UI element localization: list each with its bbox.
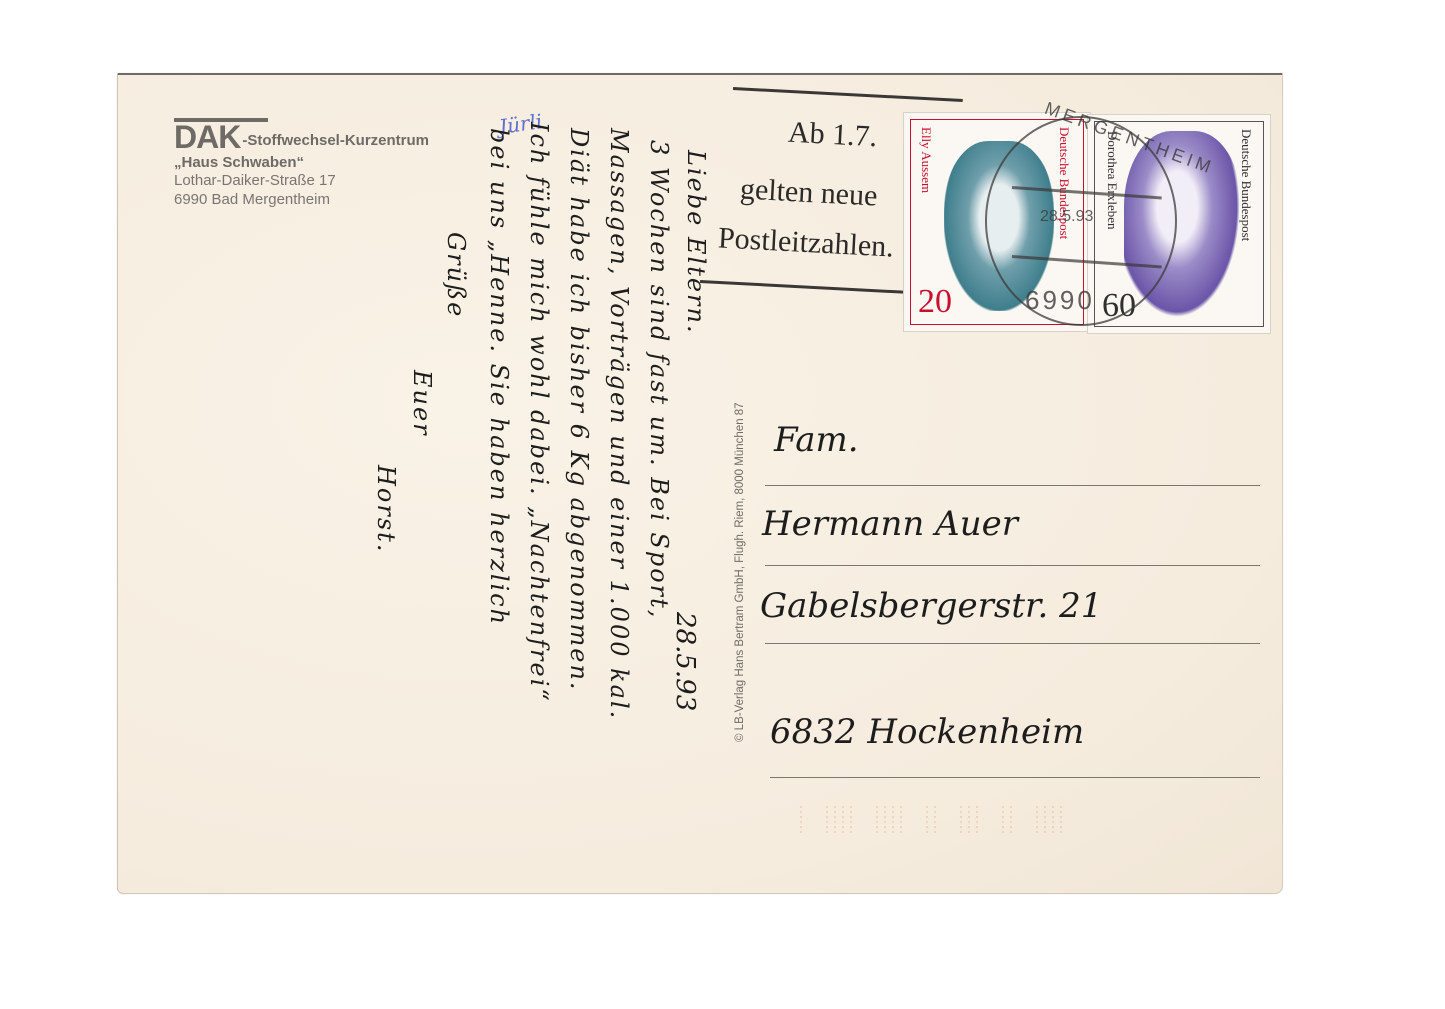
sender-street: Lothar-Daiker-Straße 17 <box>174 171 429 190</box>
recipient-line-3: Gabelsbergerstr. 21 <box>760 586 1102 626</box>
message-line: Diät habe ich bisher 6 Kg abgenommen. <box>565 128 593 692</box>
recipient-line-1: Fam. <box>774 420 859 460</box>
message-line: Massagen, Vorträgen und einer 1.000 kal. <box>605 128 633 720</box>
recipient-line-4: 6832 Hockenheim <box>770 712 1084 752</box>
postmark-date: 28.5.93 <box>1040 208 1093 226</box>
message-line: Euer <box>408 370 436 437</box>
address-rule <box>765 565 1260 566</box>
postmark-postcode: 6990 <box>1025 285 1095 316</box>
message-line: Liebe Eltern. <box>682 150 710 335</box>
sender-header: DAK -Stoffwechsel-Kurzentrum <box>174 118 429 150</box>
message-line: Grüße <box>442 232 470 318</box>
address-rule <box>765 485 1260 486</box>
message-line: bei uns „Henne. Sie haben herzlich <box>485 128 513 626</box>
sender-institution: -Stoffwechsel-Kurzentrum <box>242 132 429 149</box>
slogan-line-2: gelten neue <box>739 172 878 213</box>
sender-name: „Haus Schwaben“ <box>174 154 429 171</box>
stamp-value: 20 <box>918 283 952 321</box>
address-rule <box>765 643 1260 644</box>
message-line: Ich fühle mich wohl dabei. „Nachtenfrei“ <box>525 122 553 703</box>
sender-block: DAK -Stoffwechsel-Kurzentrum „Haus Schwa… <box>174 118 429 209</box>
slogan-line-1: Ab 1.7. <box>787 116 878 155</box>
printer-credit: © LB-Verlag Hans Bertram GmbH, Flugh. Ri… <box>734 402 746 742</box>
message-line: 3 Wochen sind fast um. Bei Sport, <box>645 140 673 619</box>
address-rule <box>770 777 1260 778</box>
recipient-line-2: Hermann Auer <box>762 504 1018 544</box>
stamp-person-name: Elly Aussem <box>918 127 934 193</box>
postal-barcode <box>800 806 1062 836</box>
dak-logo: DAK <box>174 118 240 150</box>
message-date: 28.5.93 <box>670 612 700 711</box>
message-line: Horst. <box>372 465 400 553</box>
sender-city: 6990 Bad Mergentheim <box>174 190 429 209</box>
stamp-issuer: Deutsche Bundespost <box>1238 129 1254 241</box>
